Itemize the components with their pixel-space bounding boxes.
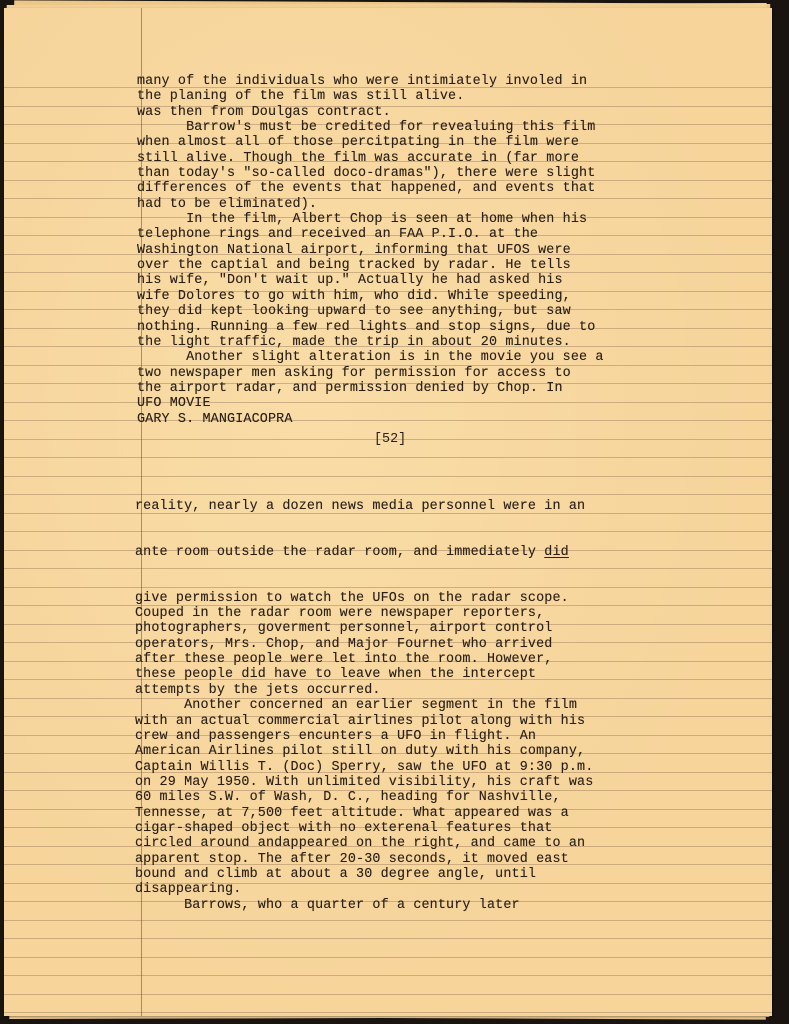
- text-line: the planing of the film was still alive.: [137, 89, 697, 104]
- text-line: these people did have to leave when the …: [135, 667, 695, 682]
- text-line: they did kept looking upward to see anyt…: [137, 304, 697, 319]
- ruled-line: [4, 457, 772, 458]
- text-line: telephone rings and received an FAA P.I.…: [137, 227, 697, 242]
- text-line: disappearing.: [135, 882, 695, 897]
- text-line: over the captial and being tracked by ra…: [137, 258, 697, 273]
- text-lines: give permission to watch the UFOs on the…: [135, 591, 695, 913]
- text-line: two newspaper men asking for permission …: [137, 366, 697, 381]
- text-line: the light traffic, made the trip in abou…: [137, 335, 697, 350]
- text-line: the airport radar, and permission denied…: [137, 381, 697, 396]
- text-section-bottom: reality, nearly a dozen news media perso…: [135, 468, 695, 944]
- text-line: Barrows, who a quarter of a century late…: [135, 898, 695, 913]
- ruled-line: [4, 1012, 772, 1013]
- text-line: photographers, goverment personnel, airp…: [135, 621, 695, 636]
- text-line: Captain Willis T. (Doc) Sperry, saw the …: [135, 760, 695, 775]
- text-line: attempts by the jets occurred.: [135, 683, 695, 698]
- ruled-line: [4, 994, 772, 995]
- text-line: 60 miles S.W. of Wash, D. C., heading fo…: [135, 790, 695, 805]
- text-line: reality, nearly a dozen news media perso…: [135, 499, 695, 514]
- text-line: Couped in the radar room were newspaper …: [135, 606, 695, 621]
- text-line: cigar-shaped object with no exterenal fe…: [135, 821, 695, 836]
- text-line: after these people were let into the roo…: [135, 652, 695, 667]
- page-number: [52]: [374, 432, 406, 447]
- text-line: had to be eliminated).: [137, 197, 697, 212]
- text-line: circled around andappeared on the right,…: [135, 836, 695, 851]
- ruled-line: [4, 975, 772, 976]
- text-line: Another slight alteration is in the movi…: [137, 350, 697, 365]
- text-section-top: many of the individuals who were intimia…: [137, 74, 697, 427]
- underlined-word: did: [544, 545, 569, 560]
- text-line: operators, Mrs. Chop, and Major Fournet …: [135, 637, 695, 652]
- text-line: with an actual commercial airlines pilot…: [135, 714, 695, 729]
- text-line: Barrow's must be credited for revealuing…: [137, 120, 697, 135]
- text-line: Another concerned an earlier segment in …: [135, 698, 695, 713]
- text-fragment: ante room outside the radar room, and im…: [135, 545, 544, 560]
- text-line: crew and passengers encunters a UFO in f…: [135, 729, 695, 744]
- text-line: still alive. Though the film was accurat…: [137, 151, 697, 166]
- text-line: on 29 May 1950. With unlimited visibilit…: [135, 775, 695, 790]
- text-line: apparent stop. The after 20-30 seconds, …: [135, 852, 695, 867]
- text-line: his wife, "Don't wait up." Actually he h…: [137, 273, 697, 288]
- text-line: UFO MOVIE: [137, 396, 697, 411]
- text-line: Tennesse, at 7,500 feet altitude. What a…: [135, 806, 695, 821]
- ruled-line: [4, 957, 772, 958]
- text-line: ante room outside the radar room, and im…: [135, 545, 695, 560]
- text-line: wife Dolores to go with him, who did. Wh…: [137, 289, 697, 304]
- text-line: Washington National airport, informing t…: [137, 243, 697, 258]
- text-line: was then from Doulgas contract.: [137, 105, 697, 120]
- text-line: American Airlines pilot still on duty wi…: [135, 744, 695, 759]
- text-line: GARY S. MANGIACOPRA: [137, 412, 697, 427]
- typewritten-page: many of the individuals who were intimia…: [4, 8, 772, 1016]
- text-line: differences of the events that happened,…: [137, 181, 697, 196]
- text-line: than today's "so-called doco-dramas"), t…: [137, 166, 697, 181]
- text-line: many of the individuals who were intimia…: [137, 74, 697, 89]
- text-line: when almost all of those percitpating in…: [137, 135, 697, 150]
- text-line: give permission to watch the UFOs on the…: [135, 591, 695, 606]
- text-line: In the film, Albert Chop is seen at home…: [137, 212, 697, 227]
- text-line: bound and climb at about a 30 degree ang…: [135, 867, 695, 882]
- text-line: nothing. Running a few red lights and st…: [137, 320, 697, 335]
